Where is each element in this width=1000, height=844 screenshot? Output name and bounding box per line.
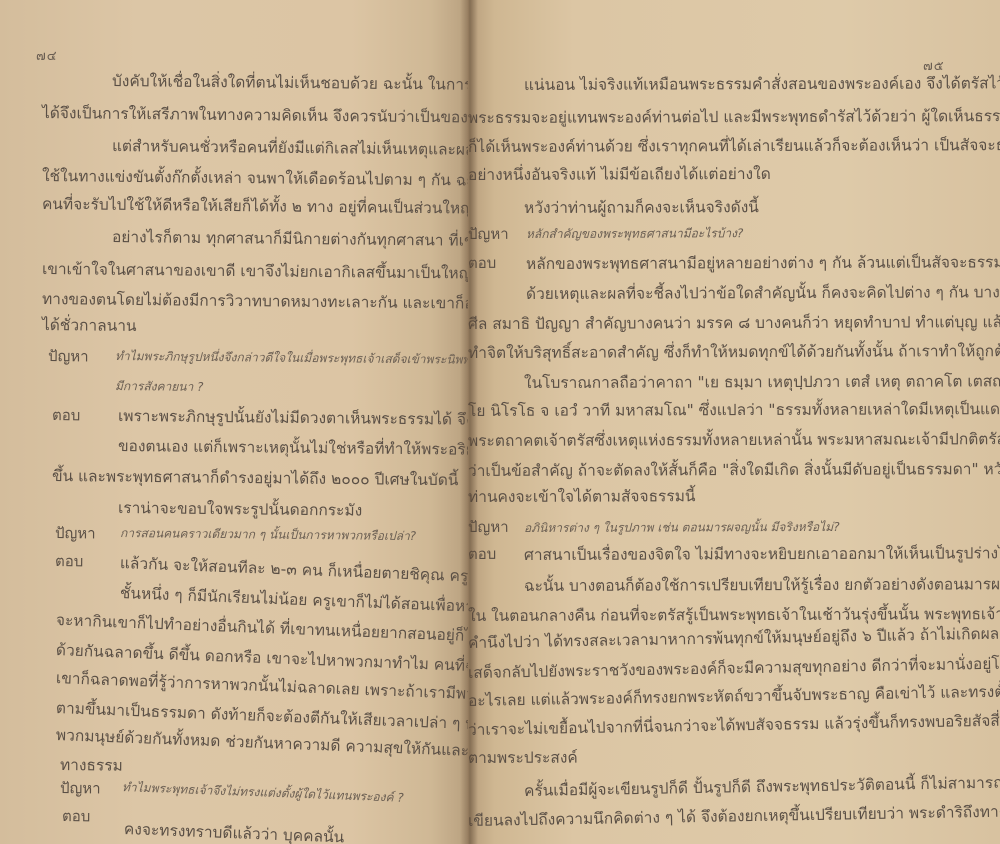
answer-line: ศาสนาเป็นเรื่องของจิตใจ ไม่มีทางจะหยิบยก… xyxy=(524,540,1000,567)
answer-line: เพราะพระภิกษุรูปนั้นยังไม่มีดวงตาเห็นพระ… xyxy=(118,403,468,432)
text-line: คนที่จะรับไปใช้ให้ดีหรือให้เสียก็ได้ทั้ง… xyxy=(42,191,468,221)
left-page: ๗๔ บังคับให้เชื่อในสิ่งใดที่ตนไม่เห็นชอบ… xyxy=(0,0,468,844)
answer-line: ตามพระประสงค์ xyxy=(468,745,578,770)
text-line: ได้ชั่วกาลนาน xyxy=(42,312,137,338)
answer-label: ตอบ xyxy=(468,251,496,275)
answer-line: ท่านคงจะเข้าใจได้ตามสัจจธรรมนี้ xyxy=(468,483,696,509)
answer-line: ทางธรรม xyxy=(60,752,123,778)
text-line: ได้จึงเป็นการให้เสรีภาพในทางความคิดเห็น … xyxy=(42,100,468,130)
text-line: แต่สำหรับคนชั่วหรือคนที่ยังมีแต่กิเลสไม่… xyxy=(112,133,468,163)
question-text: หลักสำคัญของพระพุทธศาสนามีอะไรบ้าง? xyxy=(526,224,743,244)
answer-line: ขึ้น และพระพุทธศาสนาก็ดำรงอยู่มาได้ถึง ๒… xyxy=(52,463,459,492)
text-line: ก็ได้เห็นพระองค์ท่านด้วย ซึ่งเราทุกคนที่… xyxy=(468,132,1000,159)
answer-line: เขียนลงไปถึงความนึกคิดต่าง ๆ ได้ จึงต้อง… xyxy=(468,798,1000,833)
answer-line: ว่าเป็นข้อสำคัญ ถ้าจะตัดลงให้สั้นก็คือ "… xyxy=(468,456,1000,483)
question-label: ปัญหา xyxy=(48,344,89,368)
text-line: หวังว่าท่านผู้ถามก็คงจะเห็นจริงดังนี้ xyxy=(524,194,759,220)
answer-line: ในโบราณกาลถือว่าคาถา "เย ธมฺมา เหตุปฺปภว… xyxy=(524,368,1000,395)
question-label: ปัญหา xyxy=(55,521,96,545)
question-label: ปัญหา xyxy=(468,222,509,246)
answer-line: ศีล สมาธิ ปัญญา สำคัญบางคนว่า มรรค ๘ บาง… xyxy=(468,309,1000,336)
answer-line: พระตถาคตเจ้าตรัสซึ่งเหตุแห่งธรรมทั้งหลาย… xyxy=(468,426,1000,453)
text-line: พระธรรมจะอยู่แทนพระองค์ท่านต่อไป และมีพร… xyxy=(468,103,1000,130)
answer-label: ตอบ xyxy=(55,549,84,573)
answer-line: ว่าเราจะไม่เขยื้อนไปจากที่นี่จนกว่าจะได้… xyxy=(468,706,1000,742)
right-page: ๗๕ แน่นอน ไม่จริงแท้เหมือนพระธรรมคำสั่งส… xyxy=(468,0,1000,844)
text-line: อย่างหนึ่งอันจริงแท้ ไม่มีข้อเถียงได้แต่… xyxy=(468,161,771,187)
answer-label: ตอบ xyxy=(52,403,81,427)
question-text: ทำไมพระพุทธเจ้าจึงไม่ทรงแต่งตั้งผู้ใดไว้… xyxy=(122,778,404,808)
answer-label: ตอบ xyxy=(468,542,496,566)
answer-line: โย นิโรโธ จ เอวํ วาที มหาสมโณ" ซึ่งแปลว่… xyxy=(468,396,1000,423)
answer-line: ด้วยเหตุและผลที่จะชี้ลงไปว่าข้อใดสำคัญนั… xyxy=(526,279,1000,306)
question-text: อภินิหารต่าง ๆ ในรูปภาพ เช่น ตอนมารผจญนั… xyxy=(524,518,840,538)
answer-line: หลักของพระพุทธศาสนามีอยู่หลายอย่างต่าง ๆ… xyxy=(526,249,1000,276)
question-text-continued: มีการสังคายนา ? xyxy=(115,377,204,397)
answer-line: ฉะนั้น บางตอนก็ต้องใช้การเปรียบเทียบให้ร… xyxy=(524,571,1000,598)
text-line: แน่นอน ไม่จริงแท้เหมือนพระธรรมคำสั่งสอนข… xyxy=(524,70,1000,97)
answer-line: ของตนเอง แต่ก็เพราะเหตุนั้นไม่ใช่หรือที่… xyxy=(118,433,468,462)
text-line: ใช้ในทางแข่งขันตั้งก๊กตั้งเหล่า จนพาให้เ… xyxy=(42,163,468,194)
text-line: อย่างไรก็ตาม ทุกศาสนาก็มีนิกายต่างกันทุก… xyxy=(112,224,468,253)
answer-line: เราน่าจะขอบใจพระรูปนั้นดอกกระมัง xyxy=(118,495,362,523)
text-line: บังคับให้เชื่อในสิ่งใดที่ตนไม่เห็นชอบด้ว… xyxy=(112,68,468,98)
answer-line: คงจะทรงทราบดีแล้วว่า บุคคลนั้น xyxy=(124,816,345,844)
question-label: ปัญหา xyxy=(60,776,101,800)
question-text: ทำไมพระภิกษุรูปหนึ่งจึงกล่าวดีใจในเมื่อพ… xyxy=(115,347,468,370)
question-label: ปัญหา xyxy=(468,515,509,539)
question-text: การสอนคนคราวเดียวมาก ๆ นั้นเป็นการหาพวกห… xyxy=(120,524,416,546)
answer-label: ตอบ xyxy=(62,804,91,828)
open-book-spread: ๗๔ บังคับให้เชื่อในสิ่งใดที่ตนไม่เห็นชอบ… xyxy=(0,0,1000,844)
left-page-number: ๗๔ xyxy=(36,45,58,66)
answer-line: ครั้นเมื่อมีผู้จะเขียนรูปก็ดี ปั้นรูปก็ด… xyxy=(524,770,1000,803)
answer-line: ทำจิตให้บริสุทธิ์สะอาดสำคัญ ซึ่งก็ทำให้ห… xyxy=(468,338,1000,365)
text-line: เขาเข้าใจในศาสนาของเขาดี เขาจึงไม่ยกเอาก… xyxy=(42,256,468,286)
